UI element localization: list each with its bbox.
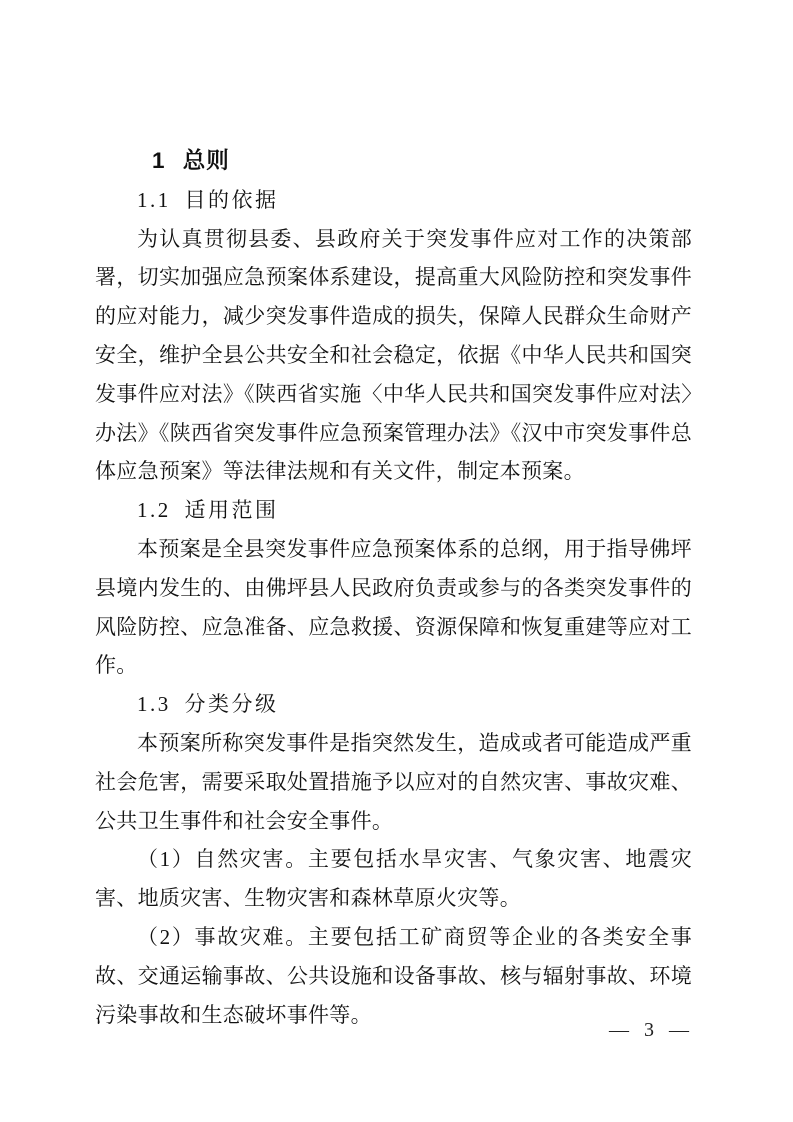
document-section: 1.3 分类分级 本预案所称突发事件是指突然发生，造成或者可能造成严重社会危害，… bbox=[95, 685, 692, 1034]
paragraph: （1）自然灾害。主要包括水旱灾害、气象灾害、地震灾害、地质灾害、生物灾害和森林草… bbox=[95, 840, 692, 918]
paragraph: 本预案是全县突发事件应急预案体系的总纲，用于指导佛坪县境内发生的、由佛坪县人民政… bbox=[95, 530, 692, 685]
document-section: 1.2 适用范围 本预案是全县突发事件应急预案体系的总纲，用于指导佛坪县境内发生… bbox=[95, 491, 692, 685]
paragraph: 为认真贯彻县委、县政府关于突发事件应对工作的决策部署，切实加强应急预案体系建设，… bbox=[95, 220, 692, 492]
page-number: — 3 — bbox=[609, 1019, 690, 1041]
section-subheading: 1.2 适用范围 bbox=[95, 491, 692, 530]
document-page: 1 总则 1.1 目的依据 为认真贯彻县委、县政府关于突发事件应对工作的决策部署… bbox=[0, 0, 793, 1122]
section-subheading: 1.3 分类分级 bbox=[95, 685, 692, 724]
paragraph: 本预案所称突发事件是指突然发生，造成或者可能造成严重社会危害，需要采取处置措施予… bbox=[95, 724, 692, 840]
section-subheading: 1.1 目的依据 bbox=[95, 181, 692, 220]
document-content: 1 总则 1.1 目的依据 为认真贯彻县委、县政府关于突发事件应对工作的决策部署… bbox=[95, 142, 692, 1034]
document-section: 1.1 目的依据 为认真贯彻县委、县政府关于突发事件应对工作的决策部署，切实加强… bbox=[95, 181, 692, 491]
paragraph: （2）事故灾难。主要包括工矿商贸等企业的各类安全事故、交通运输事故、公共设施和设… bbox=[95, 918, 692, 1034]
chapter-heading: 1 总则 bbox=[95, 142, 692, 181]
sections-container: 1.1 目的依据 为认真贯彻县委、县政府关于突发事件应对工作的决策部署，切实加强… bbox=[95, 181, 692, 1035]
page-footer: — 3 — bbox=[609, 1019, 690, 1042]
